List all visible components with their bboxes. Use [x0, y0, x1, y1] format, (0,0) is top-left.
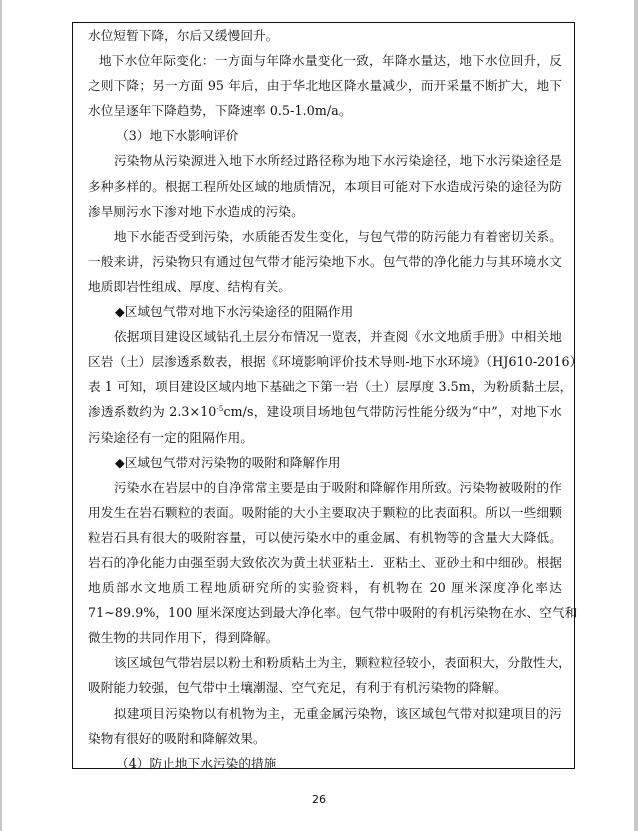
paragraph-line: 拟建项目污染物以有机物为主，无重金属污染物，该区域包气带对拟建项目的污	[88, 701, 562, 726]
paragraph-line: 区岩（土）层渗透系数表，根据《环境影响评价技术导则-地下水环境》（HJ610-2…	[88, 349, 562, 374]
document-text-frame: 水位短暂下降，尔后又缓慢回升。 地下水位年际变化：一方面与年降水量变化一致，年降…	[72, 22, 575, 769]
paragraph-line: 该区域包气带岩层以粉土和粉质粘土为主，颗粒粒径较小，表面积大，分散性大，	[88, 650, 562, 675]
paragraph-line: 水位呈逐年下降趋势，下降速率 0.5-1.0m/a。	[88, 98, 562, 123]
paragraph-line: 地质即岩性组成、厚度、结构有关。	[88, 274, 562, 299]
paragraph-line: 多种多样的。根据工程所处区域的地质情况，本项目可能对下水造成污染的途径为防	[88, 174, 562, 199]
section-heading-4: （4）防止地下水污染的措施	[88, 751, 562, 776]
paragraph-line: 染物有很好的吸附和降解效果。	[88, 726, 562, 751]
paragraph-line: 吸附能力较强，包气带中土壤潮湿、空气充足，有利于有机污染物的降解。	[88, 675, 562, 700]
viewer-right-edge	[634, 0, 638, 831]
paragraph-line: 污染途径有一定的阻隔作用。	[88, 425, 562, 450]
bullet-heading-adsorption: ◆区域包气带对污染物的吸附和降解作用	[88, 450, 562, 475]
bullet-heading-barrier: ◆区域包气带对地下水污染途径的阻隔作用	[88, 299, 562, 324]
paragraph-line: 一般来讲，污染物只有通过包气带才能污染地下水。包气带的净化能力与其环境水文	[88, 249, 562, 274]
paragraph-line: 岩石的净化能力由强至弱大致依次为黄土状亚粘土．亚粘土、亚砂土和中细砂。根据	[88, 550, 562, 575]
paragraph-line: 污染水在岩层中的自净常常主要是由于吸附和降解作用所致。污染物被吸附的作	[88, 475, 562, 500]
paragraph-line: 之则下降；另一方面 95 年后，由于华北地区降水量减少，而开采量不断扩大，地下	[88, 73, 562, 98]
paragraph-line: 微生物的共同作用下，得到降解。	[88, 625, 562, 650]
viewer-left-edge	[0, 0, 2, 831]
paragraph-line: 用发生在岩石颗粒的表面。吸附能的大小主要取决于颗粒的比表面积。所以一些细颗	[88, 500, 562, 525]
paragraph-line: 依据项目建设区域钻孔土层分布情况一览表，并查阅《水文地质手册》中相关地	[88, 324, 562, 349]
paragraph-line: 地下水位年际变化：一方面与年降水量变化一致，年降水量达，地下水位回升，反	[88, 48, 562, 73]
document-body: 水位短暂下降，尔后又缓慢回升。 地下水位年际变化：一方面与年降水量变化一致，年降…	[88, 23, 562, 776]
paragraph-line: 表 1 可知，项目建设区域内地下基础之下第一岩（土）层厚度 3.5m，为粉质黏土…	[88, 374, 562, 399]
paragraph-line: 污染物从污染源进入地下水所经过路径称为地下水污染途径，地下水污染途径是	[88, 148, 562, 173]
page-number: 26	[0, 793, 638, 806]
paragraph-line: 渗旱厕污水下渗对地下水造成的污染。	[88, 199, 562, 224]
paragraph-line: 71~89.9%，100 厘米深度达到最大净化率。包气带中吸附的有机污染物在水、…	[88, 600, 562, 625]
paragraph-line: 粒岩石具有很大的吸附容量，可以使污染水中的重金属、有机物等的含量大大降低。	[88, 525, 562, 550]
text-segment: 渗透系数约为 2.3×10	[88, 404, 216, 419]
paragraph-line: 地下水能否受到污染，水质能否发生变化，与包气带的防污能力有着密切关系。	[88, 224, 562, 249]
paragraph-line-permeability: 渗透系数约为 2.3×10-5cm/s，建设项目场地包气带防污性能分级为“中”，…	[88, 399, 562, 424]
paragraph-line: 地质部水文地质工程地质研究所的实验资料，有机物在 20 厘米深度净化率达	[88, 575, 562, 600]
paragraph-line: 水位短暂下降，尔后又缓慢回升。	[88, 23, 562, 48]
text-segment: cm/s，建设项目场地包气带防污性能分级为“中”，对地下水	[223, 404, 562, 419]
section-heading-3: （3）地下水影响评价	[88, 123, 562, 148]
